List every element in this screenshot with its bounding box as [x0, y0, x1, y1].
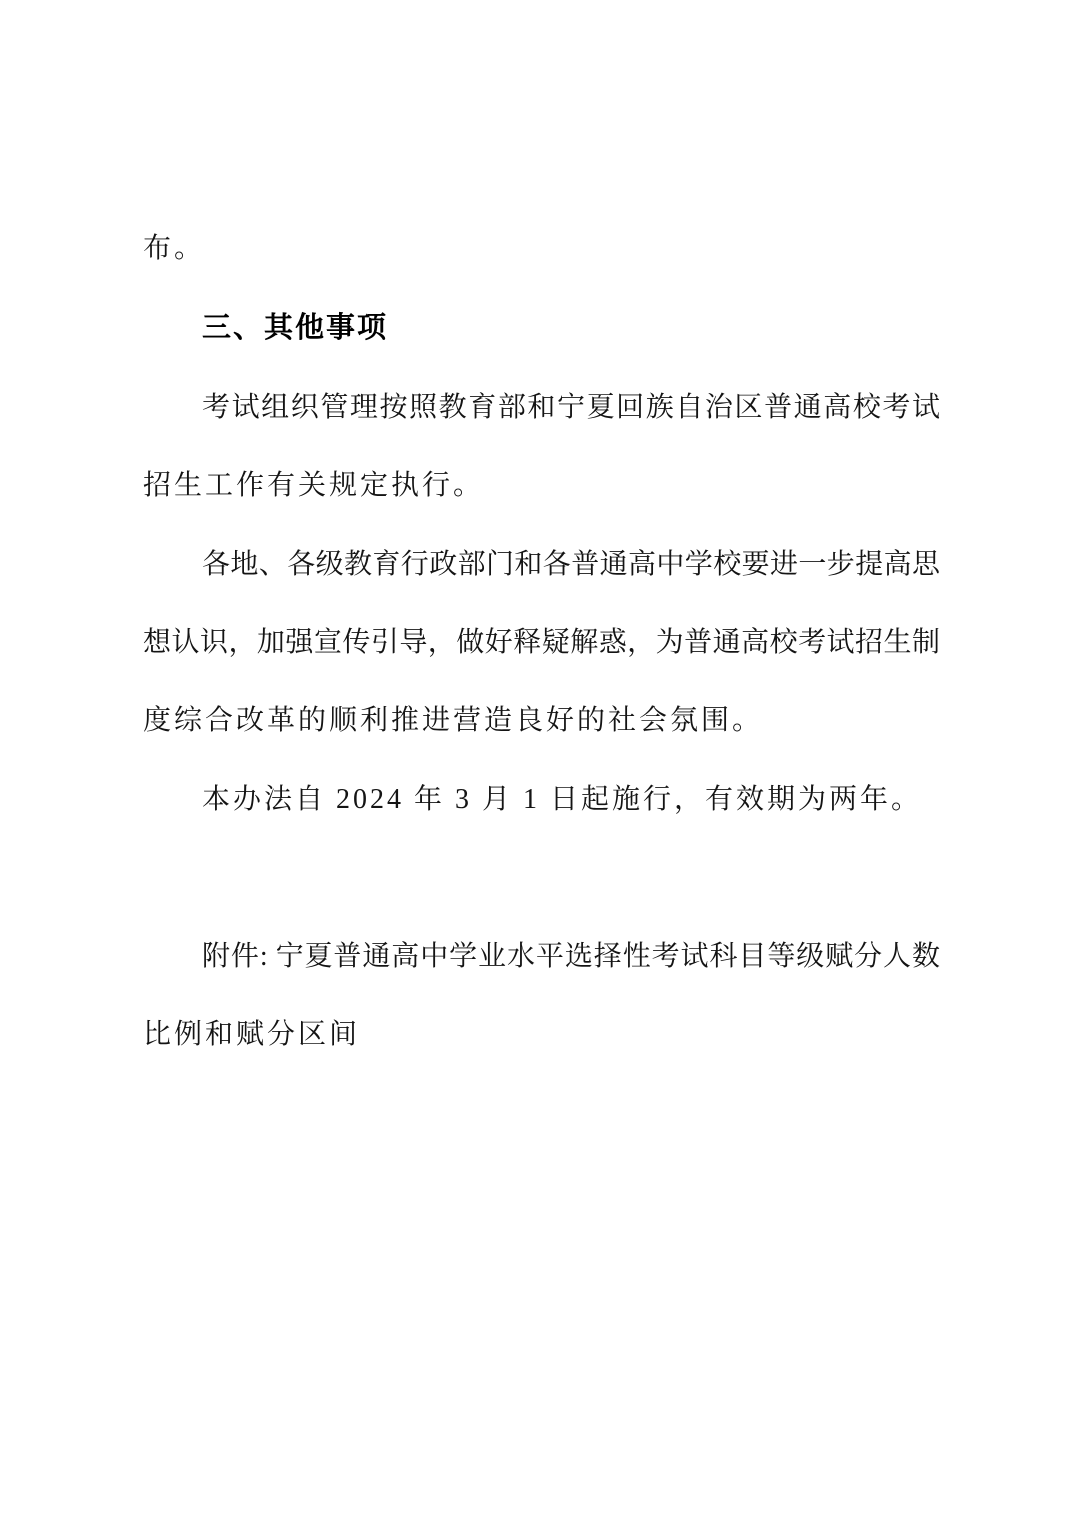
- document-page: 布。 三、其他事项 考试组织管理按照教育部和宁夏回族自治区普通高校考试 招生工作…: [0, 0, 1074, 1520]
- paragraph-line: 各地、各级教育行政部门和各普通高中学校要进一步提高思: [143, 540, 940, 590]
- document-content: 布。 三、其他事项 考试组织管理按照教育部和宁夏回族自治区普通高校考试 招生工作…: [143, 196, 940, 1088]
- continuation-line: 布。: [143, 224, 940, 274]
- paragraph-line: 招生工作有关规定执行。: [143, 461, 940, 511]
- section-heading: 三、其他事项: [143, 303, 940, 353]
- paragraph-line: 考试组织管理按照教育部和宁夏回族自治区普通高校考试: [143, 383, 940, 433]
- blank-line: [143, 853, 940, 903]
- effective-date-line: 本办法自 2024 年 3 月 1 日起施行，有效期为两年。: [143, 775, 940, 825]
- paragraph-line: 想认识，加强宣传引导，做好释疑解惑，为普通高校考试招生制: [143, 618, 940, 668]
- paragraph-line: 度综合改革的顺利推进营造良好的社会氛围。: [143, 696, 940, 746]
- attachment-line: 比例和赋分区间: [143, 1010, 940, 1060]
- attachment-line: 附件: 宁夏普通高中学业水平选择性考试科目等级赋分人数: [143, 932, 940, 982]
